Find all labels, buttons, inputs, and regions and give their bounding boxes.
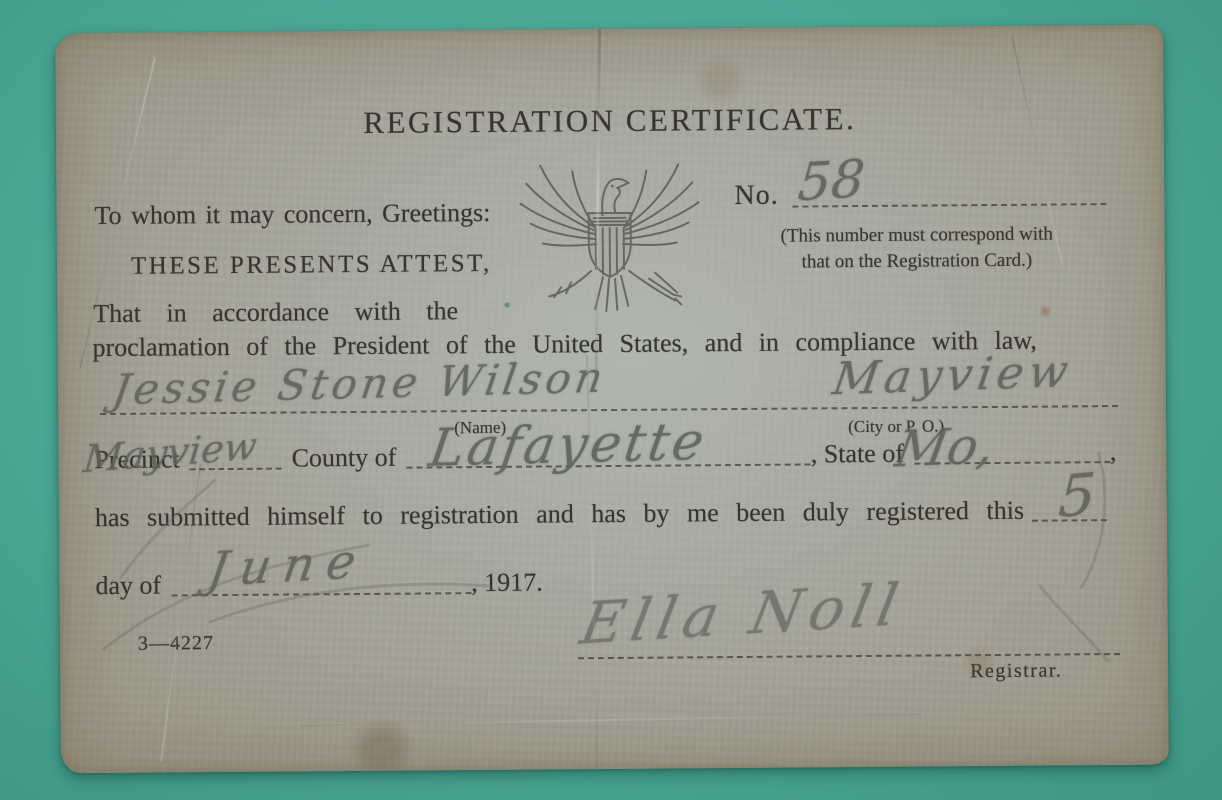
registration-certificate-card: REGISTRATION CERTIFICATE. — [55, 25, 1169, 774]
pencil-stray-marks — [55, 25, 1169, 774]
